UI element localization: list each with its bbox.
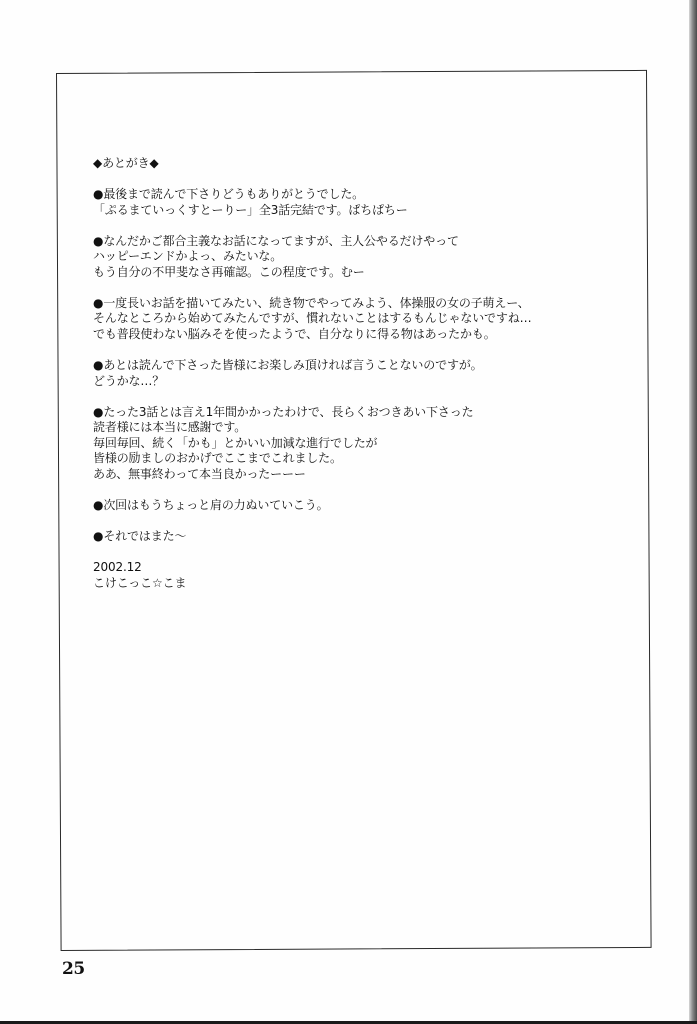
paragraph-3-line-2: そんなところから始めてみたんですが、慣れないことはするもんじゃないですね… xyxy=(93,311,633,327)
paragraph-2-line-3: もう自分の不甲斐なさ再確認。この程度です。むー xyxy=(93,265,633,281)
paragraph-5-line-2: 読者様には本当に感謝です。 xyxy=(93,420,633,436)
blank-line xyxy=(93,172,633,188)
paragraph-6-line-1: ●次回はもうちょっと肩の力ぬいていこう。 xyxy=(93,498,633,514)
afterword-heading: ◆あとがき◆ xyxy=(93,156,633,172)
blank-line xyxy=(93,545,633,561)
paragraph-1-line-1: ●最後まで読んで下さりどうもありがとうでした。 xyxy=(93,187,633,203)
paragraph-4-line-1: ●あとは読んで下さった皆様にお楽しみ頂ければ言うことないのですが。 xyxy=(93,358,633,374)
page-edge-shadow xyxy=(689,0,697,1024)
paragraph-7-line-1: ●それではまた～ xyxy=(93,529,633,545)
blank-line xyxy=(93,389,633,405)
paragraph-4-line-2: どうかな…？ xyxy=(93,374,633,390)
page-number: 25 xyxy=(62,959,85,979)
paragraph-3-line-1: ●一度長いお話を描いてみたい、続き物でやってみよう、体操服の女の子萌えー、 xyxy=(93,296,633,312)
paragraph-2-line-1: ●なんだかご都合主義なお話になってますが、主人公やるだけやって xyxy=(93,234,633,250)
date-line: 2002.12 xyxy=(93,560,633,576)
paragraph-5-line-1: ●たった3話とは言え1年間かかったわけで、長らくおつきあい下さった xyxy=(93,405,633,421)
author-signature: こけこっこ☆こま xyxy=(93,576,633,592)
paragraph-5-line-3: 毎回毎回、続く「かも」とかいい加減な進行でしたが xyxy=(93,436,633,452)
scanned-page: ◆あとがき◆ ●最後まで読んで下さりどうもありがとうでした。 「ぷるまていっくす… xyxy=(0,0,697,1024)
blank-line xyxy=(93,280,633,296)
paragraph-2-line-2: ハッピーエンドかよっ、みたいな。 xyxy=(93,249,633,265)
afterword-text: ◆あとがき◆ ●最後まで読んで下さりどうもありがとうでした。 「ぷるまていっくす… xyxy=(93,156,633,591)
blank-line xyxy=(93,218,633,234)
paragraph-5-line-5: ああ、無事終わって本当良かったーーー xyxy=(93,467,633,483)
paragraph-3-line-3: でも普段使わない脳みそを使ったようで、自分なりに得る物はあったかも。 xyxy=(93,327,633,343)
blank-line xyxy=(93,482,633,498)
blank-line xyxy=(93,514,633,530)
paragraph-1-line-2: 「ぷるまていっくすとーりー」全3話完結です。ぱちぱちー xyxy=(93,203,633,219)
blank-line xyxy=(93,343,633,359)
paragraph-5-line-4: 皆様の励ましのおかげでここまでこれました。 xyxy=(93,451,633,467)
